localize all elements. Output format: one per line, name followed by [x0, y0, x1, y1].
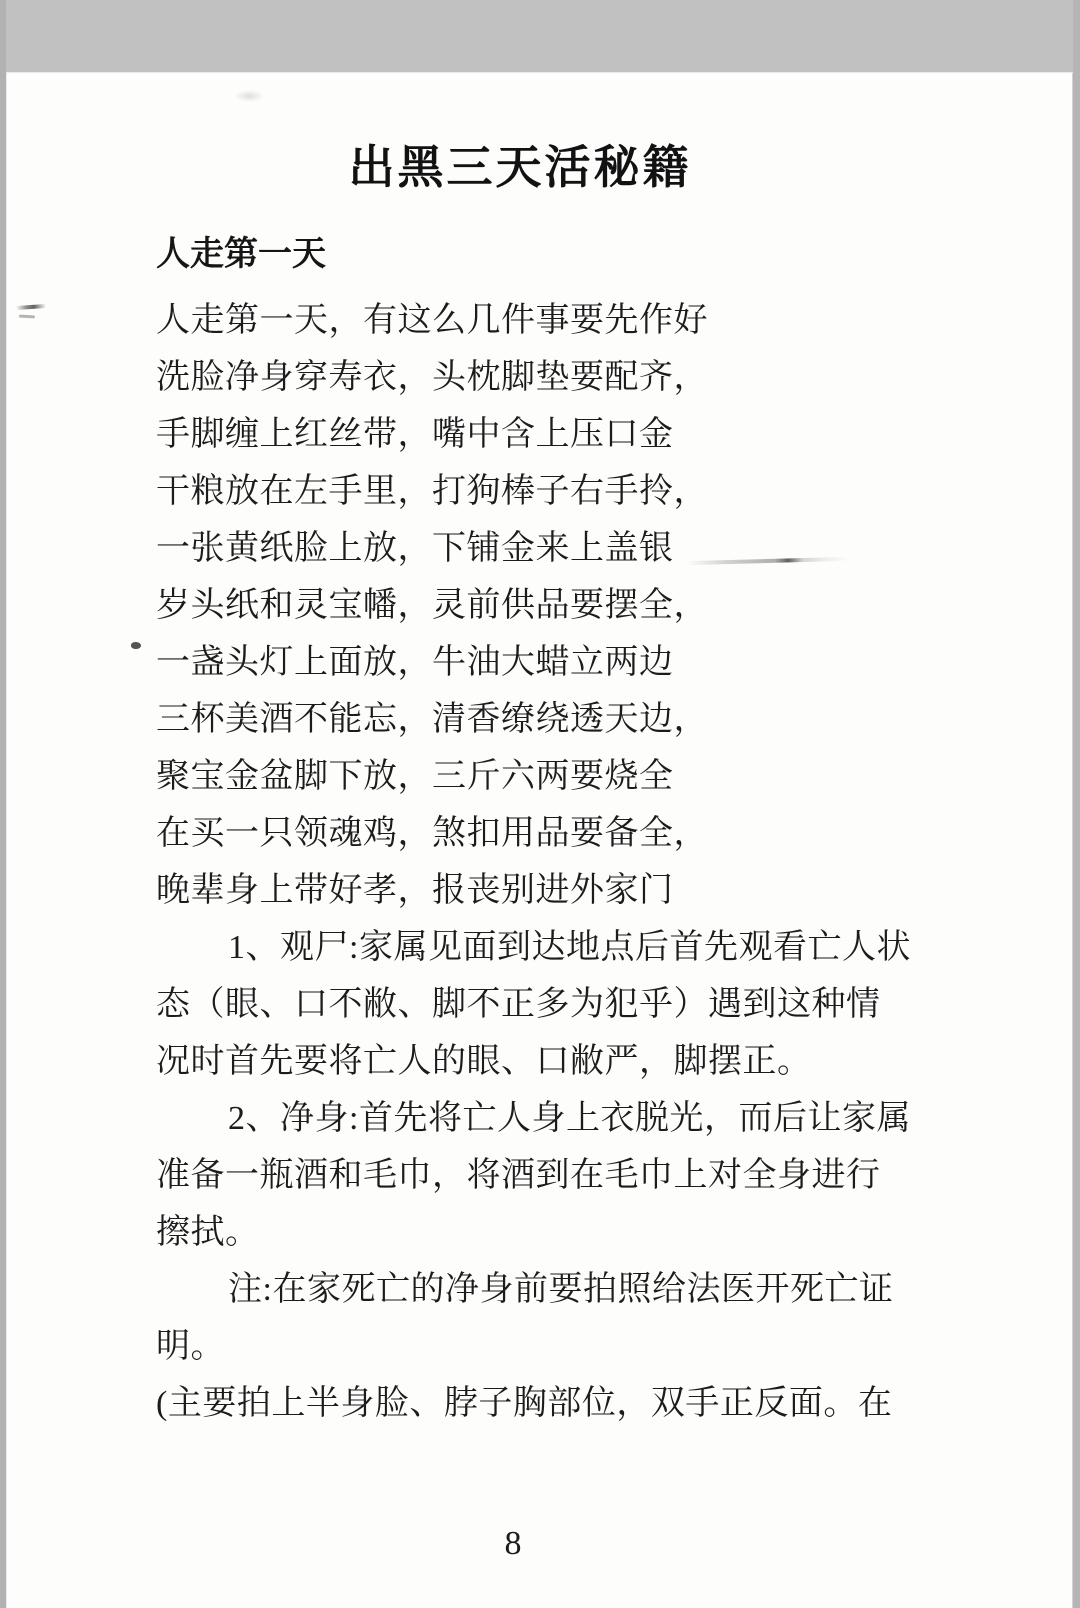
section-heading: 人走第一天: [156, 235, 326, 275]
verse-line: 干粮放在左手里，打狗棒子右手拎，: [156, 463, 880, 520]
paragraph-note: 注:在家死亡的净身前要拍照给法医开死亡证 明。: [156, 1261, 880, 1375]
paragraph-line: 准备一瓶酒和毛巾，将酒到在毛巾上对全身进行: [156, 1147, 880, 1204]
page-title: 出黑三天活秘籍: [155, 140, 885, 196]
verse-line: 岁头纸和灵宝幡，灵前供品要摆全，: [156, 577, 880, 634]
document-page: 出黑三天活秘籍 人走第一天 人走第一天，有这么几件事要先作好 洗脸净身穿寿衣，头…: [6, 72, 1073, 1608]
page-number: 8: [155, 1524, 871, 1564]
paragraph-line: 擦拭。: [156, 1204, 880, 1261]
paragraph-line: 况时首先要将亡人的眼、口敝严，脚摆正。: [156, 1033, 880, 1090]
verse-line: 三杯美酒不能忘，清香缭绕透天边，: [156, 691, 880, 748]
verse-line: 在买一只领魂鸡，煞扣用品要备全，: [156, 805, 880, 862]
scan-pencil-mark: [16, 304, 46, 310]
verse-line: 手脚缠上红丝带，嘴中含上压口金: [156, 406, 880, 463]
paragraph-line: 注:在家死亡的净身前要拍照给法医开死亡证: [156, 1261, 880, 1318]
verse-line: 人走第一天，有这么几件事要先作好: [156, 292, 880, 349]
scanner-background-right: [1073, 0, 1080, 1608]
paragraph-line: (主要拍上半身脸、脖子胸部位，双手正反面。在: [156, 1375, 880, 1432]
scan-smudge-top: [234, 90, 264, 102]
paragraph-line: 明。: [156, 1318, 880, 1375]
paragraph-photo-detail: (主要拍上半身脸、脖子胸部位，双手正反面。在: [156, 1375, 880, 1432]
paragraph-observe-body: 1、观尸:家属见面到达地点后首先观看亡人状 态（眼、口不敝、脚不正多为犯乎）遇到…: [156, 919, 880, 1090]
verse-line: 一张黄纸脸上放，下铺金来上盖银: [156, 520, 880, 577]
paragraph-line: 态（眼、口不敝、脚不正多为犯乎）遇到这种情: [156, 976, 880, 1033]
verse-line: 聚宝金盆脚下放，三斤六两要烧全: [156, 748, 880, 805]
paragraph-line: 1、观尸:家属见面到达地点后首先观看亡人状: [156, 919, 880, 976]
scan-ink-dot: [131, 642, 141, 649]
verse-line: 晚辈身上带好孝，报丧别进外家门: [156, 862, 880, 919]
verse-line: 洗脸净身穿寿衣，头枕脚垫要配齐，: [156, 349, 880, 406]
scan-pencil-mark-small: [19, 315, 35, 319]
paragraph-clean-body: 2、净身:首先将亡人身上衣脱光，而后让家属 准备一瓶酒和毛巾，将酒到在毛巾上对全…: [156, 1090, 880, 1261]
body-text: 人走第一天，有这么几件事要先作好 洗脸净身穿寿衣，头枕脚垫要配齐， 手脚缠上红丝…: [156, 292, 880, 1432]
scanner-background-top: [0, 0, 1080, 72]
verse-line: 一盏头灯上面放，牛油大蜡立两边: [156, 634, 880, 691]
paragraph-line: 2、净身:首先将亡人身上衣脱光，而后让家属: [156, 1090, 880, 1147]
